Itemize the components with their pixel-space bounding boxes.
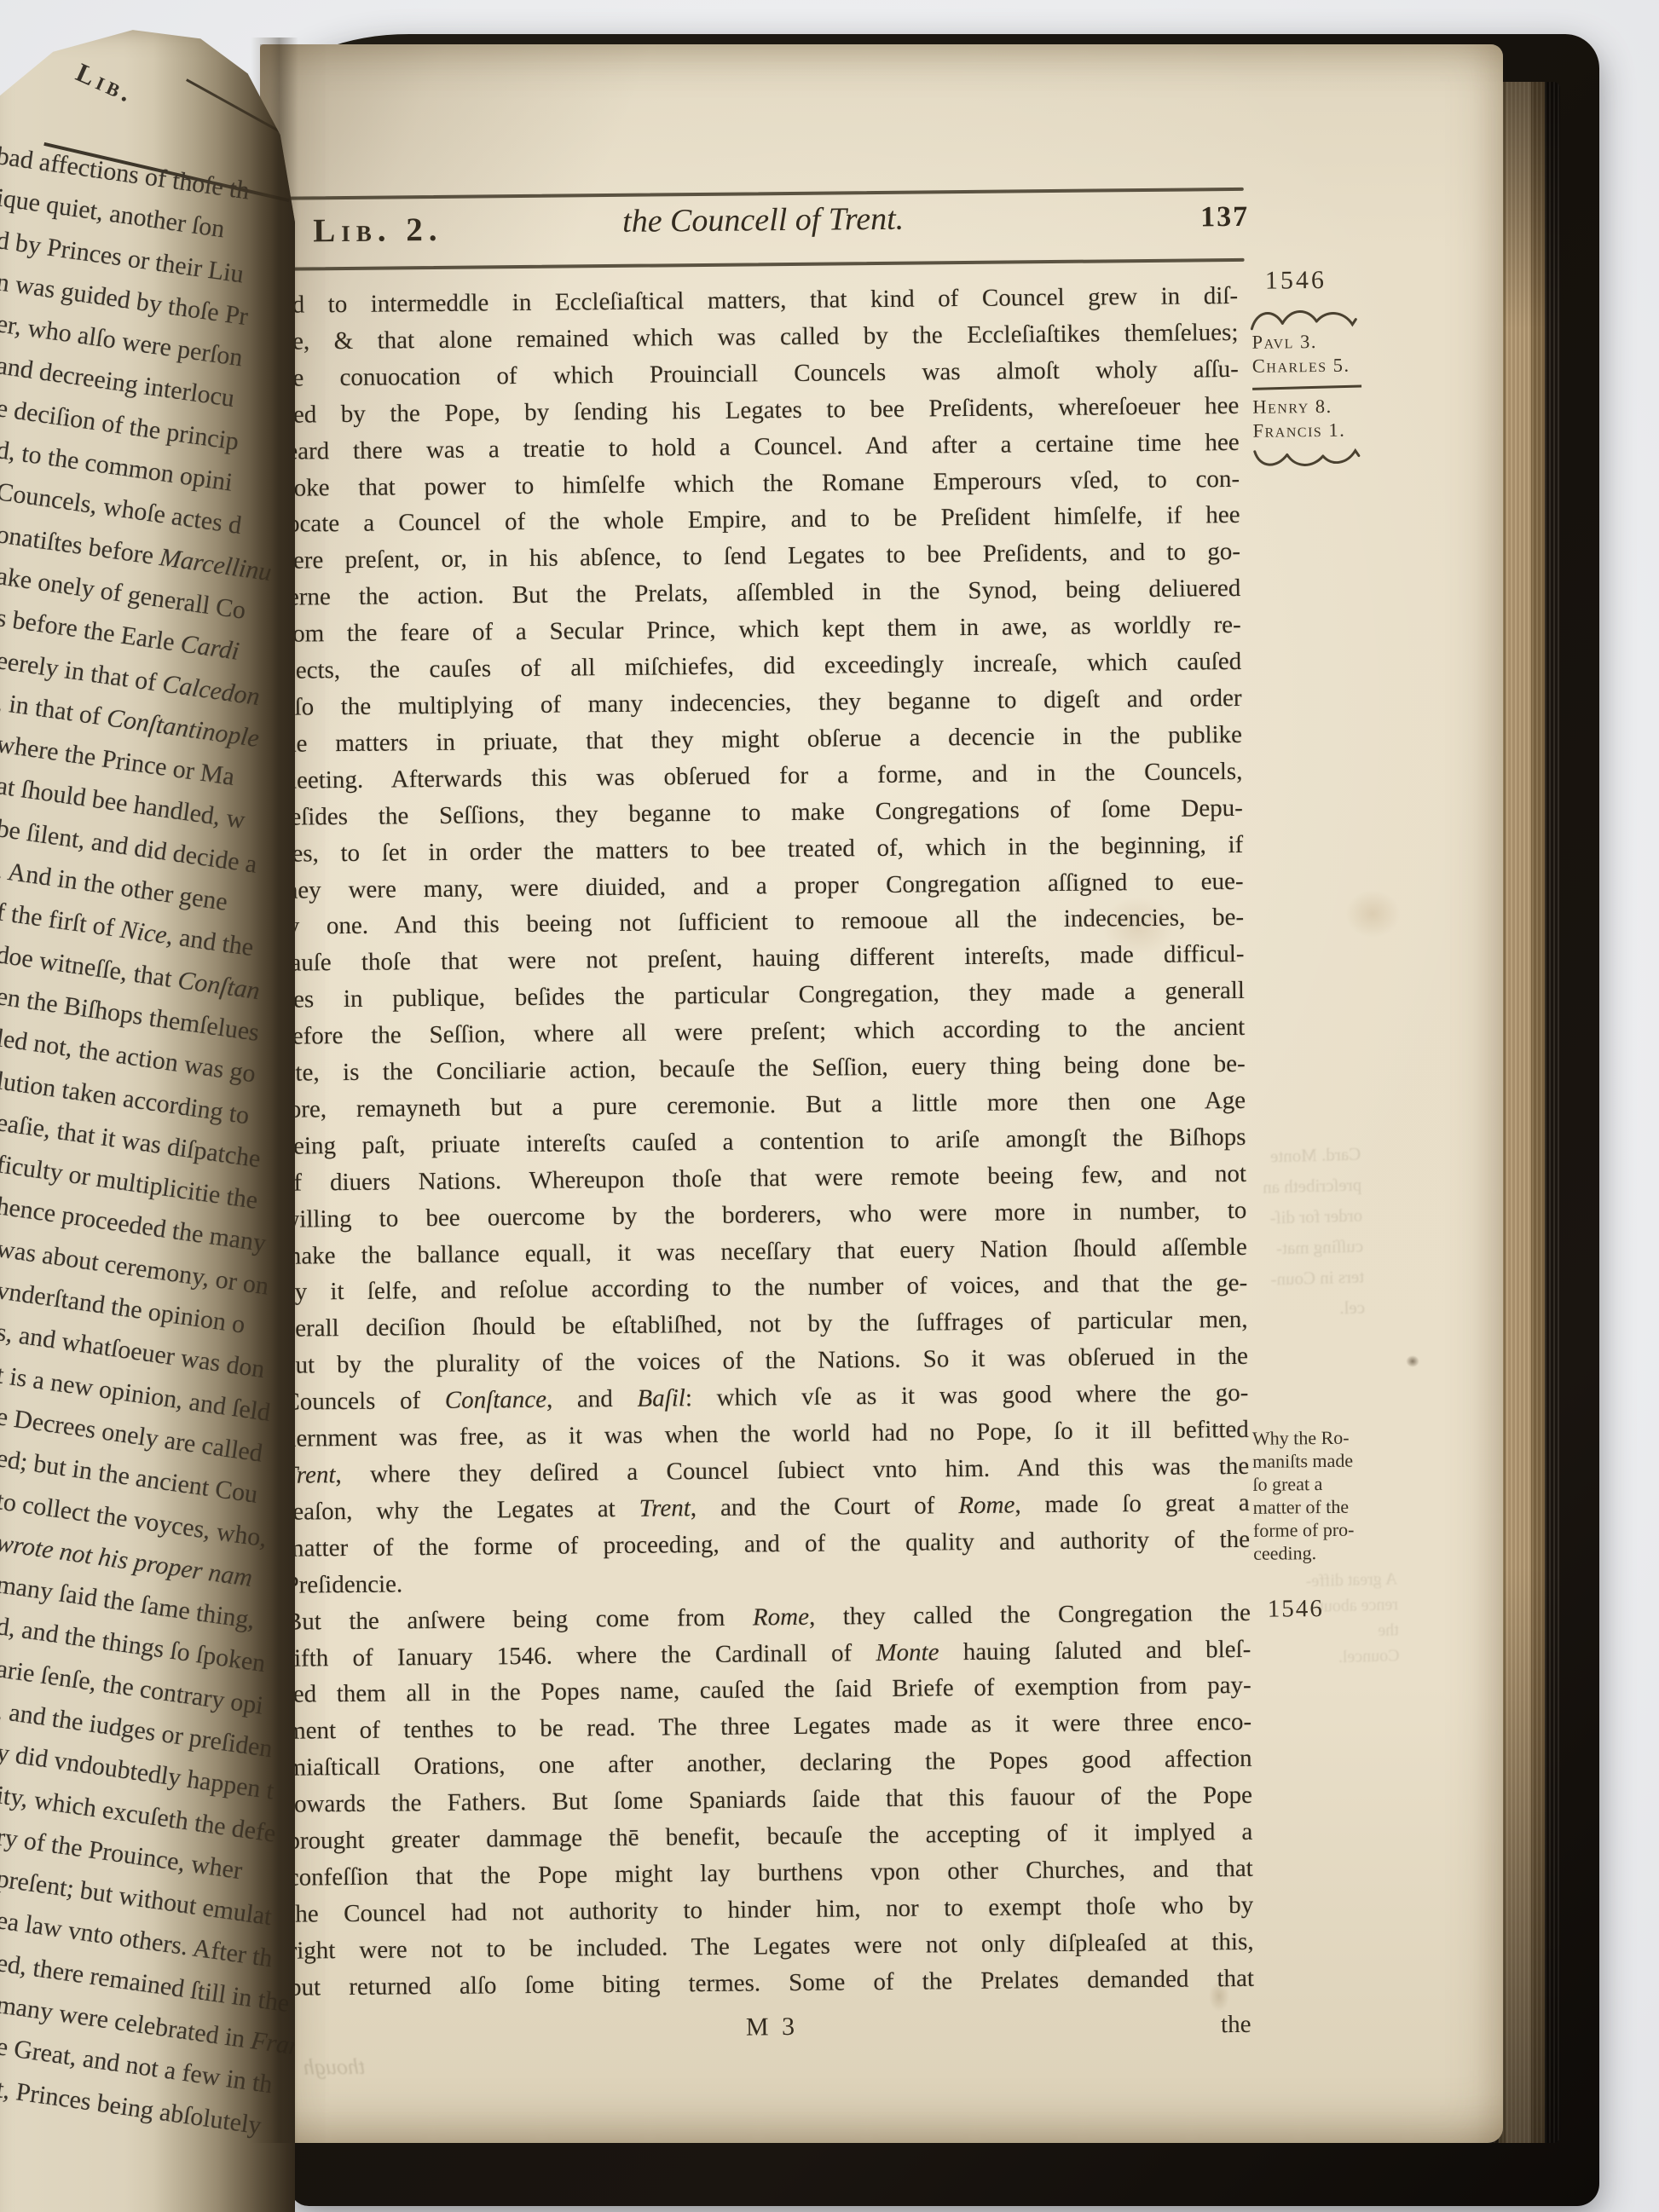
signature-mark: M 3	[289, 2008, 1254, 2047]
margin-brace-bottom-icon	[1250, 444, 1362, 472]
running-title: the Councell of Trent.	[605, 200, 921, 241]
margin-ruler-name: Francis 1.	[1252, 418, 1406, 442]
side-note-line: matter of the	[1253, 1494, 1407, 1519]
bleedthrough-line: Card. Monte	[1262, 1139, 1361, 1172]
left-page-text: bad affections of thoſe thique quiet, an…	[0, 135, 295, 2110]
margin-ruler-name: Henry 8.	[1252, 394, 1406, 419]
catchword: the	[1221, 2011, 1251, 2039]
side-note-line: ſo great a	[1252, 1471, 1406, 1496]
bleedthrough-note-upper: Card. Montepreſcribeth anorder for diſ-c…	[1262, 1139, 1366, 1325]
left-page-book-label: Lib.	[72, 57, 140, 110]
bleedthrough-line: cel.	[1266, 1292, 1366, 1325]
page-number: 137	[1138, 201, 1249, 234]
margin-ruler-list-bottom: Henry 8.Francis 1.	[1252, 394, 1407, 442]
margin-ruler-name: Pavl 3.	[1251, 329, 1405, 354]
right-page-content: Lib. 2. the Councell of Trent. 137 red t…	[250, 38, 1513, 2149]
body-text: red to intermeddle in Eccleſiaſtical mat…	[273, 278, 1254, 2006]
margin-year-note: 1546	[1265, 266, 1327, 296]
margin-side-note: Why the Ro-maniſts madeſo great amatter …	[1252, 1425, 1408, 1565]
bleedthrough-line: rence about	[1306, 1591, 1398, 1620]
bleedthrough-line: cuſſing mat-	[1264, 1231, 1364, 1264]
margin-divider-rule	[1252, 384, 1361, 390]
bleedthrough-line: order for diſ-	[1263, 1200, 1363, 1233]
bleedthrough-line: the	[1307, 1617, 1399, 1645]
book-label: Lib. 2.	[313, 211, 443, 250]
right-page: Lib. 2. the Councell of Trent. 137 red t…	[260, 44, 1503, 2143]
bleedthrough-line: A great diffe-	[1305, 1566, 1397, 1594]
bleedthrough-line: Councel.	[1308, 1643, 1400, 1671]
side-note-line: forme of pro-	[1253, 1517, 1407, 1542]
book-photograph: Lib. 2. the Councell of Trent. 137 red t…	[0, 0, 1659, 2212]
paragraph-2: But the anſwere being come from Rome, th…	[286, 1594, 1254, 2006]
paragraph-1: red to intermeddle in Eccleſiaſtical mat…	[273, 278, 1250, 1568]
signature-row: M 3 the	[289, 2008, 1254, 2018]
margin-brace-top-icon	[1248, 304, 1361, 332]
margin-ruler-list-top: Pavl 3.Charles 5.	[1251, 329, 1406, 378]
header-rule-bottom	[275, 258, 1245, 270]
header-rule-top	[275, 188, 1244, 199]
bleedthrough-text: though	[303, 2054, 366, 2081]
left-page: Lib. bad affections of thoſe thique quie…	[0, 26, 295, 2212]
margin-ruler-name: Charles 5.	[1252, 353, 1406, 378]
side-note-line: Why the Ro-	[1252, 1425, 1406, 1450]
bleedthrough-note-lower: A great diffe-rence abouttheCouncel.	[1305, 1566, 1400, 1671]
side-note-line: ceeding.	[1253, 1540, 1407, 1565]
bleedthrough-line: preſcribeth an	[1263, 1170, 1362, 1203]
side-note-line: maniſts made	[1252, 1448, 1406, 1473]
bleedthrough-line: ters in Coun-	[1265, 1262, 1365, 1295]
